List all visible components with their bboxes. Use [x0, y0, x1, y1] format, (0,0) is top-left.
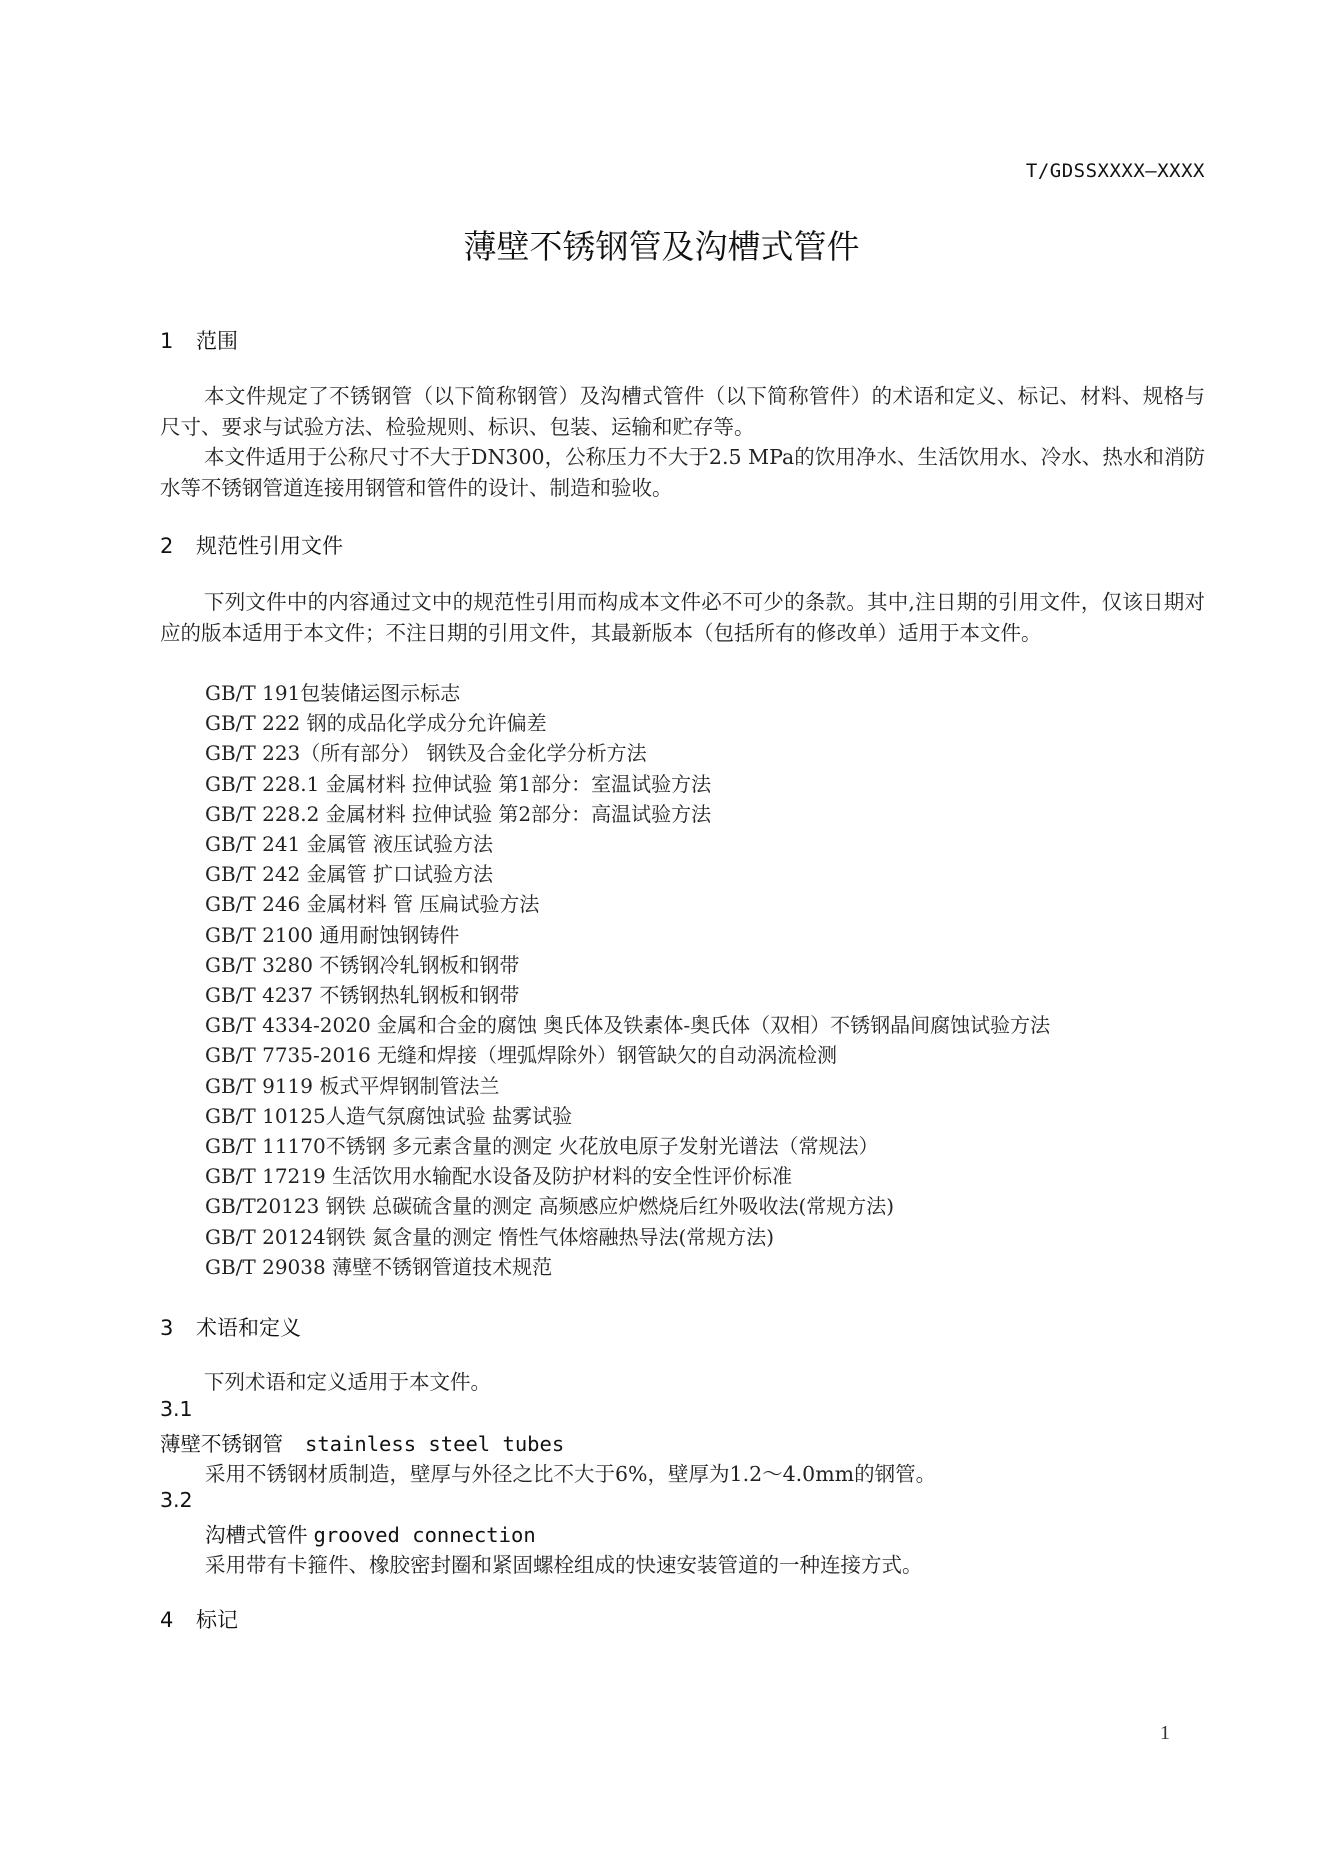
page-number: 1: [1160, 1722, 1170, 1745]
term-en: grooved connection: [314, 1523, 536, 1547]
section-heading-1: 1范围: [160, 325, 238, 355]
reference-item: GB/T 228.1 金属材料 拉伸试验 第1部分：室温试验方法: [205, 769, 1050, 799]
term-number: 3.2: [160, 1488, 193, 1512]
term-number: 3.1: [160, 1397, 193, 1421]
section-heading-3: 3术语和定义: [160, 1312, 301, 1342]
normative-references-list: GB/T 191包装储运图示标志 GB/T 222 钢的成品化学成分允许偏差 G…: [205, 678, 1050, 1282]
reference-item: GB/T 11170不锈钢 多元素含量的测定 火花放电原子发射光谱法（常规法）: [205, 1131, 1050, 1161]
reference-item: GB/T 191包装储运图示标志: [205, 678, 1050, 708]
reference-item: GB/T 4334-2020 金属和合金的腐蚀 奥氏体及铁素体-奥氏体（双相）不…: [205, 1010, 1050, 1040]
reference-item: GB/T 9119 板式平焊钢制管法兰: [205, 1071, 1050, 1101]
reference-item: GB/T 7735-2016 无缝和焊接（埋弧焊除外）钢管缺欠的自动涡流检测: [205, 1040, 1050, 1070]
document-page: T/GDSSXXXX—XXXX 薄壁不锈钢管及沟槽式管件 1范围 本文件规定了不…: [0, 0, 1323, 1871]
term-definition: 采用带有卡箍件、橡胶密封圈和紧固螺栓组成的快速安装管道的一种连接方式。: [205, 1548, 923, 1578]
term-definition: 采用不锈钢材质制造，壁厚与外径之比不大于6%，壁厚为1.2～4.0mm的钢管。: [205, 1457, 936, 1487]
reference-item: GB/T20123 钢铁 总碳硫含量的测定 高频感应炉燃烧后红外吸收法(常规方法…: [205, 1191, 1050, 1221]
reference-item: GB/T 17219 生活饮用水输配水设备及防护材料的安全性评价标准: [205, 1161, 1050, 1191]
paragraph: 本文件适用于公称尺寸不大于DN300，公称压力不大于2.5 MPa的饮用净水、生…: [160, 442, 1205, 503]
section-number: 3: [160, 1316, 196, 1340]
reference-item: GB/T 20124钢铁 氮含量的测定 惰性气体熔融热导法(常规方法): [205, 1222, 1050, 1252]
term-zh: 沟槽式管件: [205, 1523, 308, 1547]
paragraph: 下列文件中的内容通过文中的规范性引用而构成本文件必不可少的条款。其中,注日期的引…: [160, 587, 1205, 648]
paragraph: 下列术语和定义适用于本文件。: [160, 1367, 1205, 1398]
reference-item: GB/T 2100 通用耐蚀钢铸件: [205, 920, 1050, 950]
section-heading-4: 4标记: [160, 1604, 238, 1634]
section-title: 标记: [196, 1608, 238, 1632]
document-code: T/GDSSXXXX—XXXX: [1026, 160, 1205, 182]
term-heading: 薄壁不锈钢管stainless steel tubes: [160, 1427, 564, 1457]
reference-item: GB/T 29038 薄壁不锈钢管道技术规范: [205, 1252, 1050, 1282]
term-zh: 薄壁不锈钢管: [160, 1432, 283, 1456]
section-number: 2: [160, 534, 196, 558]
section-number: 4: [160, 1608, 196, 1632]
paragraph: 本文件规定了不锈钢管（以下简称钢管）及沟槽式管件（以下简称管件）的术语和定义、标…: [160, 381, 1205, 442]
section-number: 1: [160, 329, 196, 353]
reference-item: GB/T 241 金属管 液压试验方法: [205, 829, 1050, 859]
reference-item: GB/T 3280 不锈钢冷轧钢板和钢带: [205, 950, 1050, 980]
section-title: 术语和定义: [196, 1316, 301, 1340]
reference-item: GB/T 223（所有部分） 钢铁及合金化学分析方法: [205, 738, 1050, 768]
reference-item: GB/T 10125人造气氛腐蚀试验 盐雾试验: [205, 1101, 1050, 1131]
reference-item: GB/T 222 钢的成品化学成分允许偏差: [205, 708, 1050, 738]
section-title: 范围: [196, 329, 238, 353]
reference-item: GB/T 228.2 金属材料 拉伸试验 第2部分：高温试验方法: [205, 799, 1050, 829]
reference-item: GB/T 4237 不锈钢热轧钢板和钢带: [205, 980, 1050, 1010]
section-heading-2: 2规范性引用文件: [160, 530, 343, 560]
term-heading: 沟槽式管件grooved connection: [205, 1518, 536, 1548]
document-title: 薄壁不锈钢管及沟槽式管件: [0, 221, 1323, 268]
reference-item: GB/T 242 金属管 扩口试验方法: [205, 859, 1050, 889]
term-en: stainless steel tubes: [305, 1432, 564, 1456]
section-title: 规范性引用文件: [196, 534, 343, 558]
reference-item: GB/T 246 金属材料 管 压扁试验方法: [205, 889, 1050, 919]
